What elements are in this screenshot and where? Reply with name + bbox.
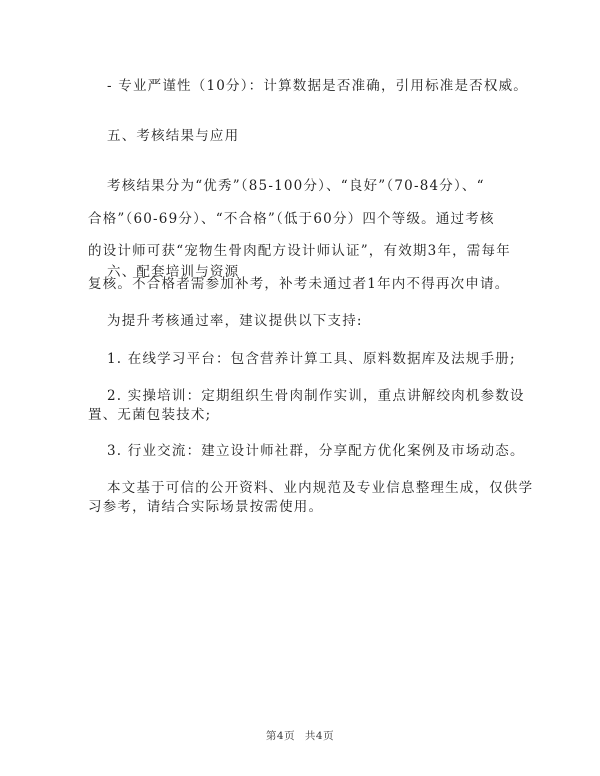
section-6-intro: 为提升考核通过率，建议提供以下支持:	[107, 311, 363, 331]
section-5-heading: 五、考核结果与应用	[107, 126, 239, 146]
support-item-2-line-2: 置、无菌包装技术;	[88, 405, 211, 425]
page-number-current: 第4页	[266, 730, 295, 742]
section-5-paragraph-line-1: 考核结果分为“优秀”（85-100分）、“良好”（70-84分）、“	[107, 176, 485, 196]
criterion-professional-rigor: - 专业严谨性（10分）：计算数据是否准确，引用标准是否权威。	[107, 76, 528, 96]
disclaimer-line-1: 本文基于可信的公开资料、业内规范及专业信息整理生成，仅供学	[107, 478, 533, 498]
disclaimer-line-2: 习参考，请结合实际场景按需使用。	[88, 497, 323, 517]
support-item-1: 1. 在线学习平台：包含营养计算工具、原料数据库及法规手册;	[107, 349, 516, 369]
support-item-3: 3. 行业交流：建立设计师社群，分享配方优化案例及市场动态。	[107, 441, 525, 461]
page-footer: 第4页 共4页	[0, 728, 600, 743]
support-item-2-line-1: 2. 实操培训：定期组织生骨肉制作实训，重点讲解绞肉机参数设	[107, 386, 525, 406]
section-6-heading: 六、配套培训与资源	[107, 262, 239, 282]
section-5-paragraph-line-2: 合格”（60-69分）、“不合格”（低于60分）四个等级。通过考核	[88, 209, 495, 229]
page-number-total: 共4页	[305, 730, 334, 742]
section-5-paragraph-line-3: 的设计师可获“宠物生骨肉配方设计师认证”，有效期3年，需每年	[88, 241, 511, 261]
document-page: - 专业严谨性（10分）：计算数据是否准确，引用标准是否权威。 五、考核结果与应…	[0, 0, 600, 776]
